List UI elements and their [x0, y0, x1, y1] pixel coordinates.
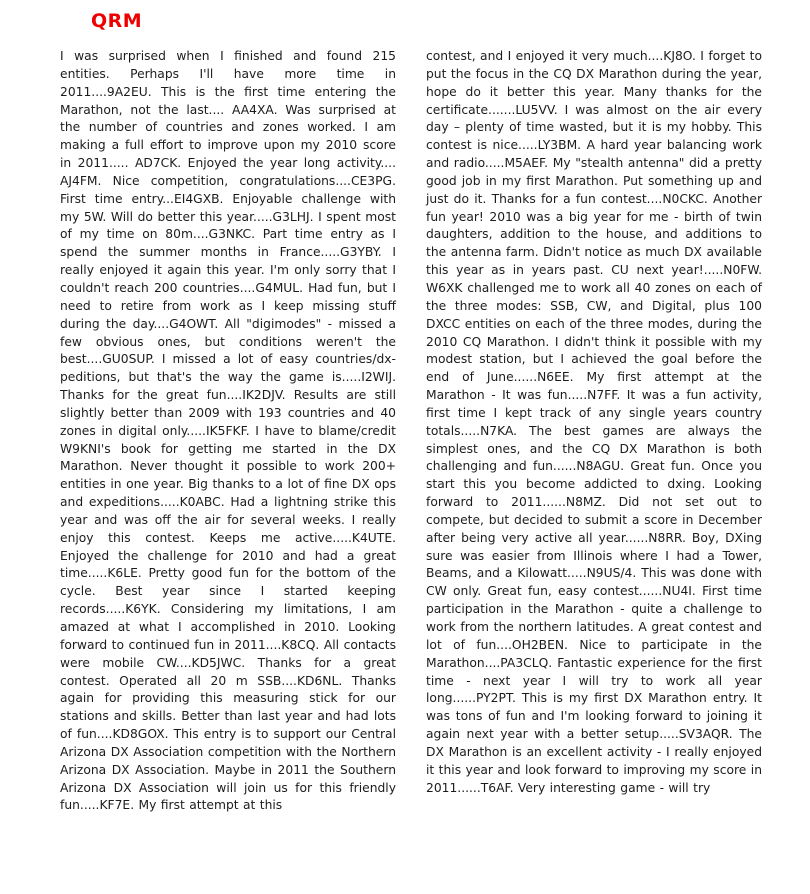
- qrm-soapbox-page: QRM I was surprised when I finished and …: [0, 0, 810, 894]
- soapbox-column-right: contest, and I enjoyed it very much....K…: [426, 48, 762, 815]
- soapbox-column-left: I was surprised when I finished and foun…: [60, 48, 396, 815]
- soapbox-columns: I was surprised when I finished and foun…: [60, 48, 762, 815]
- page-title: QRM: [91, 10, 142, 32]
